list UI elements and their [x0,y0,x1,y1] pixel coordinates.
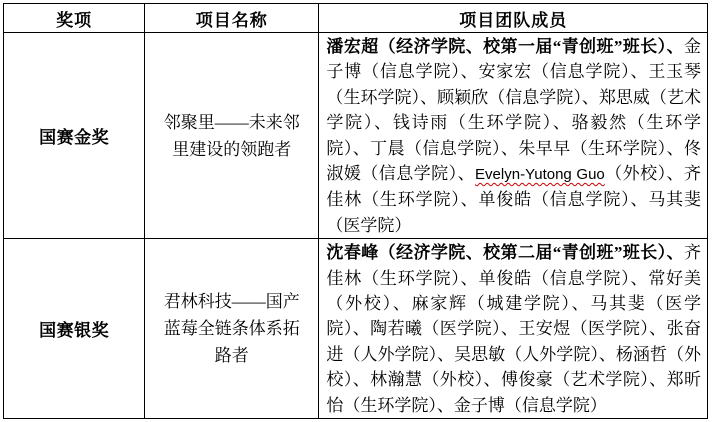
header-row: 奖项 项目名称 项目团队成员 [4,4,708,33]
table-row-gold-award: 国赛金奖 邻聚里——未来邻里建设的领跑者 潘宏超（经济学院、校第一届“青创班”班… [4,33,708,239]
team-members-cell: 潘宏超（经济学院、校第一届“青创班”班长）、金子博（信息学院）、安家宏（信息学院… [319,33,708,239]
award-cell: 国赛银奖 [4,239,145,419]
header-cell-award: 奖项 [4,4,145,33]
team-members-text: 金子博（信息学院）、安家宏（信息学院）、王玉琴（生环学院）、顾颖欣（信息学院）、… [326,37,701,183]
header-cell-project-name: 项目名称 [145,4,319,33]
header-cell-team-members: 项目团队成员 [319,4,708,33]
awards-table: 奖项 项目名称 项目团队成员 国赛金奖 邻聚里——未来邻里建设的领跑者 潘宏超（… [3,3,708,419]
team-members-cell: 沈春峰（经济学院、校第二届“青创班”班长）、齐佳林（生环学院）、单俊皓（信息学院… [319,239,708,419]
award-cell: 国赛金奖 [4,33,145,239]
team-leader-text: 潘宏超（经济学院、校第一届“青创班”班长）、 [326,37,684,56]
team-members-text: 齐佳林（生环学院）、单俊皓（信息学院）、常好美（外校）、麻家辉（城建学院）、马其… [326,243,701,414]
project-name-cell: 君林科技——国产蓝莓全链条体系拓路者 [145,239,319,419]
project-name-cell: 邻聚里——未来邻里建设的领跑者 [145,33,319,239]
document-page: 奖项 项目名称 项目团队成员 国赛金奖 邻聚里——未来邻里建设的领跑者 潘宏超（… [0,0,714,422]
table-row-silver-award: 国赛银奖 君林科技——国产蓝莓全链条体系拓路者 沈春峰（经济学院、校第二届“青创… [4,239,708,419]
team-leader-text: 沈春峰（经济学院、校第二届“青创班”班长）、 [326,243,684,262]
foreign-member-name: Evelyn-Yutong Guo [475,166,605,183]
